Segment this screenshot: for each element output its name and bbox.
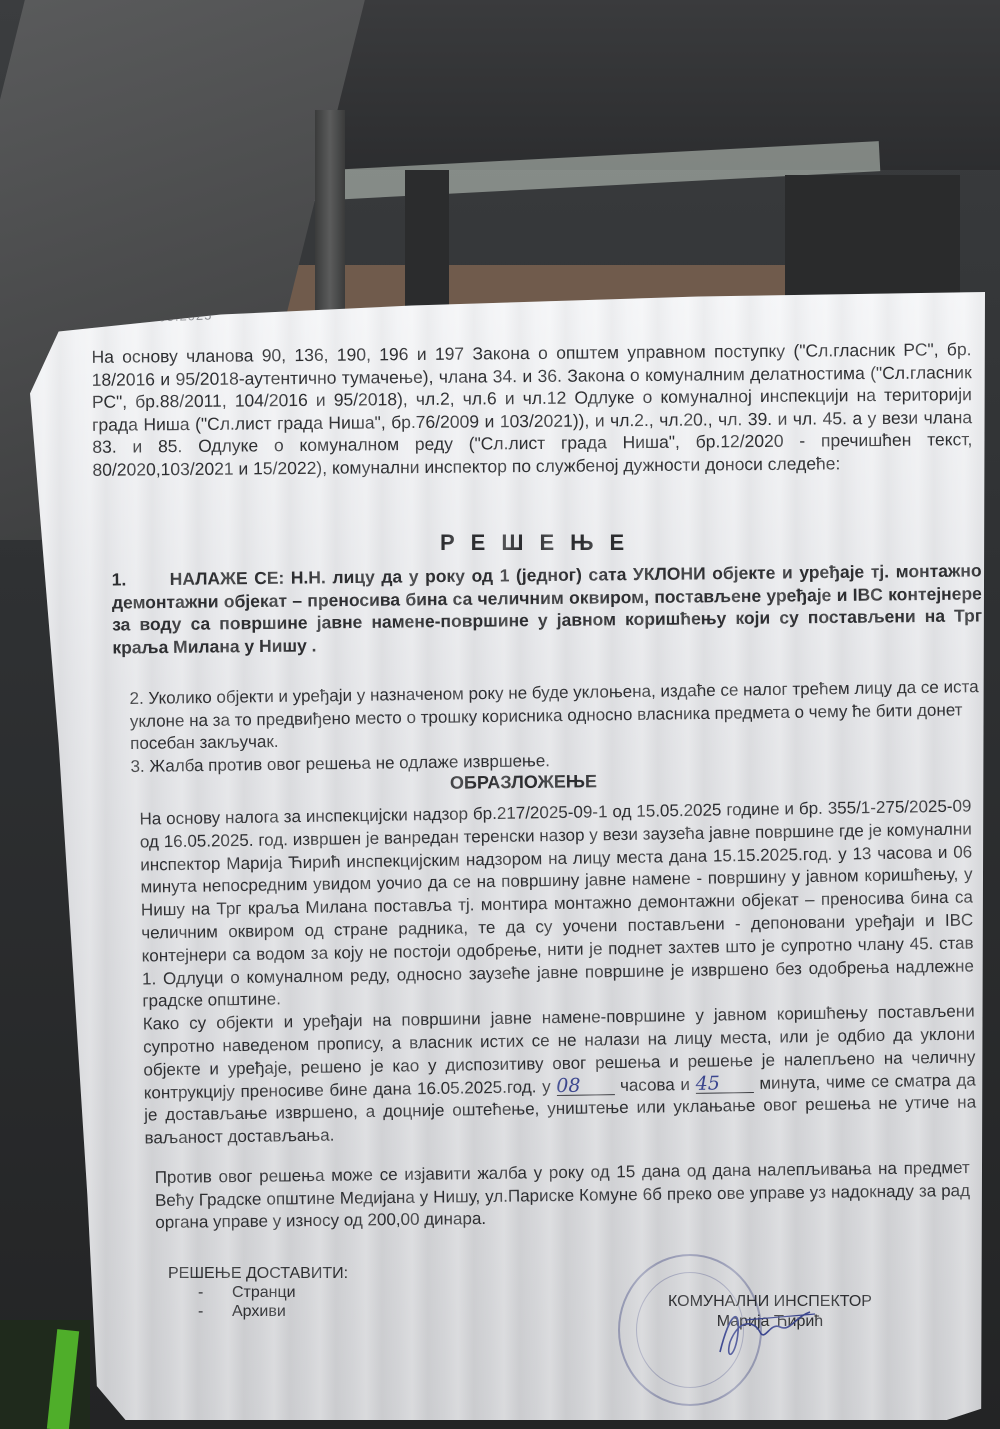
appeal-instructions: Против овог решења може се изјавити жалб… (155, 1157, 971, 1234)
handwritten-signature-icon (710, 1302, 820, 1362)
delivery-recipient: -Странци (168, 1283, 348, 1302)
document-title: РЕШЕЊЕ (440, 530, 640, 556)
delivery-list: РЕШЕЊЕ ДОСТАВИТИ: -Странци -Архиви (168, 1264, 348, 1321)
reasoning-paragraph-1: На основу налога за инспекцијски надзор … (139, 795, 974, 1013)
order-number: 1. (112, 568, 170, 591)
handwritten-hour: 08 (556, 1076, 614, 1096)
delivery-recipient: -Архиви (168, 1302, 348, 1321)
order-text: НАЛАЖЕ СЕ: Н.Н. лицу да у року од 1 (јед… (112, 560, 982, 657)
reasoning-body: На основу налога за инспекцијски надзор … (139, 795, 976, 1150)
posted-decision-document: РЕП. ... (иллегибле) Дана 16.05.2025 На … (30, 292, 985, 1420)
order-item-2: 2. Уколико објекти и уређаји у назначено… (129, 676, 990, 756)
handwritten-minute: 45 (696, 1074, 754, 1094)
order-item-1: 1.НАЛАЖЕ СЕ: Н.Н. лицу да у року од 1 (ј… (112, 559, 983, 658)
order-items: 2. Уколико објекти и уређаји у назначено… (129, 676, 990, 778)
reasoning-paragraph-2: Како су објекти и уређаји на површини ја… (143, 1001, 977, 1151)
stage-beam (250, 0, 1000, 170)
legal-preamble: На основу чланова 90, 136, 190, 196 и 19… (91, 338, 972, 481)
green-ribbon (0, 1320, 90, 1429)
reasoning-title: ОБРАЗЛОЖЕЊЕ (450, 771, 597, 794)
delivery-heading: РЕШЕЊЕ ДОСТАВИТИ: (168, 1264, 348, 1283)
